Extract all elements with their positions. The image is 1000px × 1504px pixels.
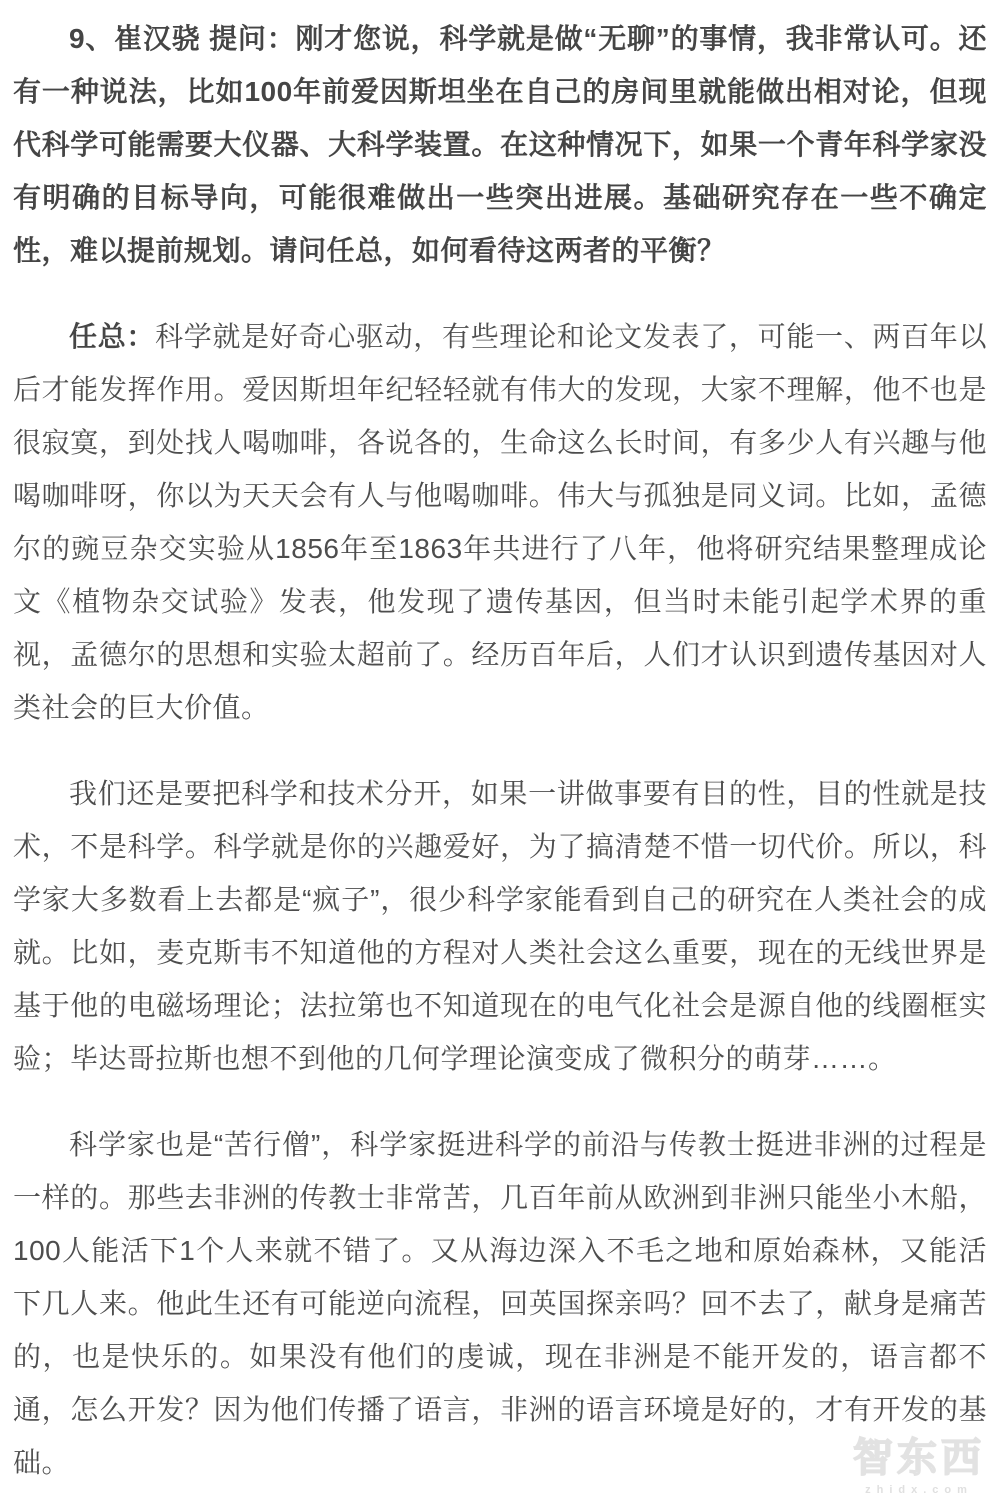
speaker-label: 任总： xyxy=(69,321,155,352)
answer-text: 我们还是要把科学和技术分开，如果一讲做事要有目的性，目的性就是技术，不是科学。科… xyxy=(13,778,987,1074)
answer-text: 科学就是好奇心驱动，有些理论和论文发表了，可能一、两百年以后才能发挥作用。爱因斯… xyxy=(13,321,987,723)
question-paragraph: 9、崔汉骁 提问：刚才您说，科学就是做“无聊”的事情，我非常认可。还有一种说法，… xyxy=(13,12,987,277)
article-page: 9、崔汉骁 提问：刚才您说，科学就是做“无聊”的事情，我非常认可。还有一种说法，… xyxy=(0,0,1000,1504)
answer-paragraph: 任总：科学就是好奇心驱动，有些理论和论文发表了，可能一、两百年以后才能发挥作用。… xyxy=(13,310,987,734)
answer-text: 科学家也是“苦行僧”，科学家挺进科学的前沿与传教士挺进非洲的过程是一样的。那些去… xyxy=(13,1129,987,1478)
answer-paragraph: 科学家也是“苦行僧”，科学家挺进科学的前沿与传教士挺进非洲的过程是一样的。那些去… xyxy=(13,1118,987,1489)
answer-paragraph: 我们还是要把科学和技术分开，如果一讲做事要有目的性，目的性就是技术，不是科学。科… xyxy=(13,767,987,1085)
